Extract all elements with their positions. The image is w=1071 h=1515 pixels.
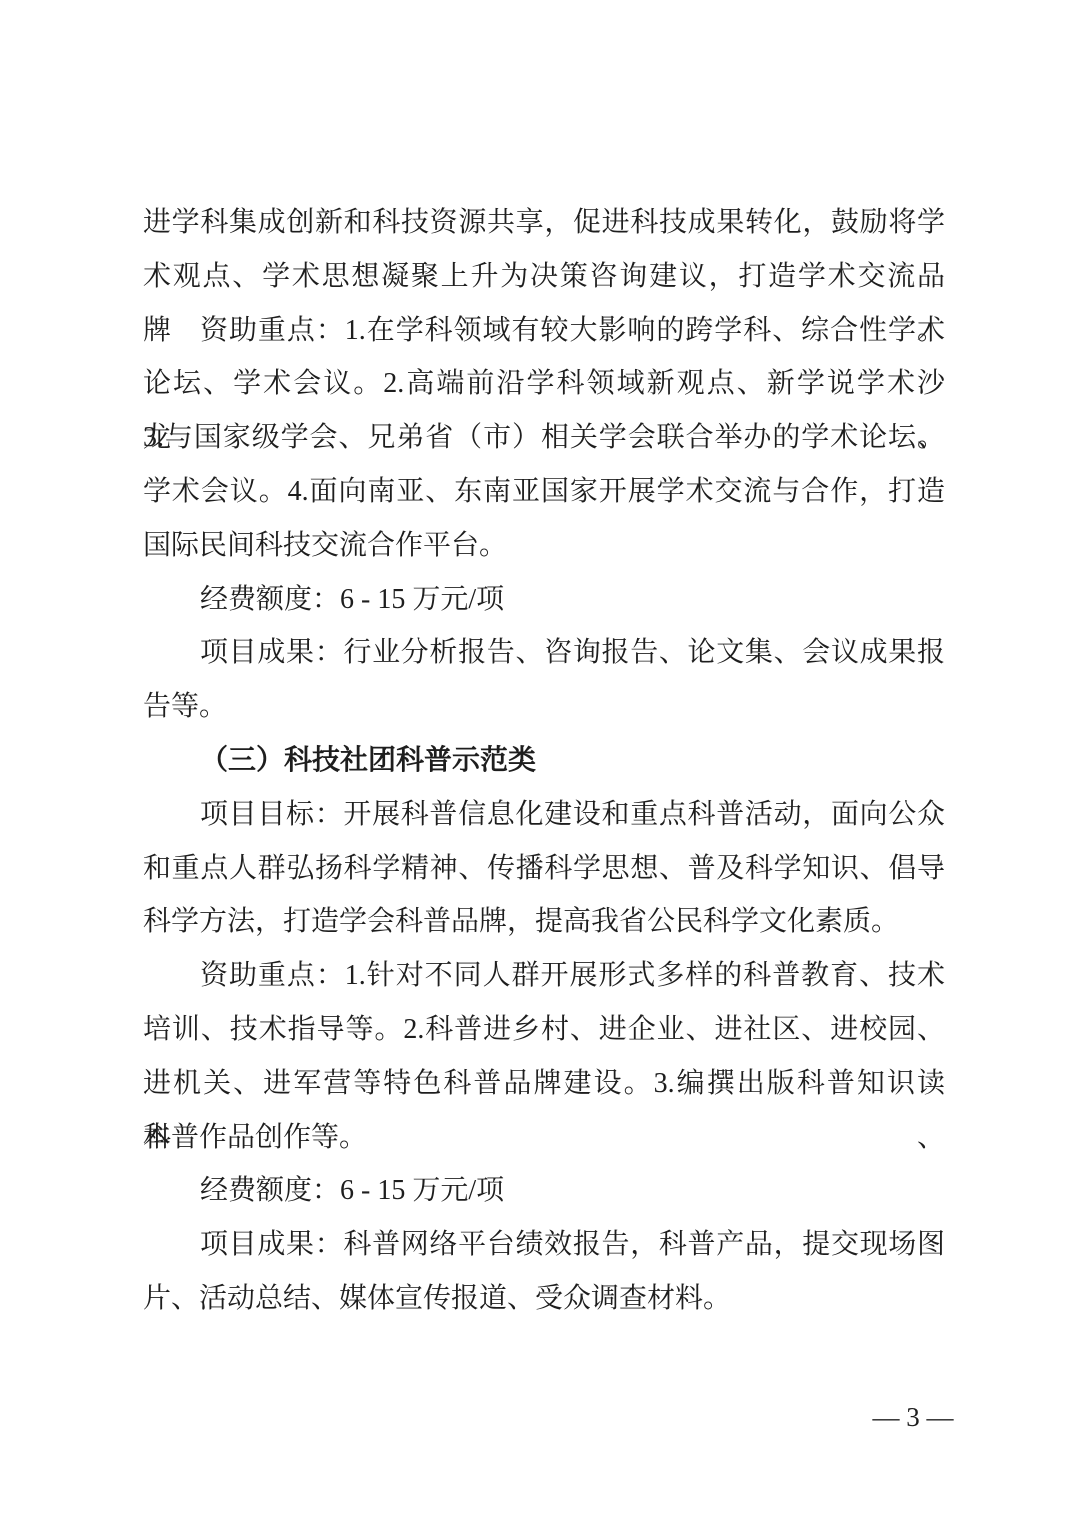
document-line: 论坛、学术会议。2.高端前沿学科领域新观点、新学说学术沙龙。 (143, 357, 945, 411)
document-line: 术观点、学术思想凝聚上升为决策咨询建议，打造学术交流品牌。 (143, 250, 945, 304)
document-body: 进学科集成创新和科技资源共享，促进科技成果转化，鼓励将学术观点、学术思想凝聚上升… (143, 196, 945, 1326)
document-line: 经费额度：6 - 15 万元/项 (143, 1164, 945, 1218)
document-line: 科学方法，打造学会科普品牌，提高我省公民科学文化素质。 (143, 895, 945, 949)
document-line: 经费额度：6 - 15 万元/项 (143, 573, 945, 627)
document-line: 告等。 (143, 680, 945, 734)
section-heading: （三）科技社团科普示范类 (143, 734, 945, 788)
document-line: 项目目标：开展科普信息化建设和重点科普活动，面向公众 (143, 788, 945, 842)
document-line: 片、活动总结、媒体宣传报道、受众调查材料。 (143, 1272, 945, 1326)
document-line: 进机关、进军营等特色科普品牌建设。3.编撰出版科普知识读本、 (143, 1057, 945, 1111)
document-line: 3.与国家级学会、兄弟省（市）相关学会联合举办的学术论坛、 (143, 411, 945, 465)
document-line: 进学科集成创新和科技资源共享，促进科技成果转化，鼓励将学 (143, 196, 945, 250)
document-line: 和重点人群弘扬科学精神、传播科学思想、普及科学知识、倡导 (143, 842, 945, 896)
document-line: 项目成果：行业分析报告、咨询报告、论文集、会议成果报 (143, 626, 945, 680)
document-line: 项目成果：科普网络平台绩效报告，科普产品，提交现场图 (143, 1218, 945, 1272)
document-line: 资助重点：1.针对不同人群开展形式多样的科普教育、技术 (143, 949, 945, 1003)
document-line: 培训、技术指导等。2.科普进乡村、进企业、进社区、进校园、 (143, 1003, 945, 1057)
document-line: 资助重点：1.在学科领域有较大影响的跨学科、综合性学术 (143, 304, 945, 358)
document-page: 进学科集成创新和科技资源共享，促进科技成果转化，鼓励将学术观点、学术思想凝聚上升… (0, 0, 1071, 1515)
page-number: — 3 — (848, 1400, 978, 1434)
document-line: 学术会议。4.面向南亚、东南亚国家开展学术交流与合作，打造 (143, 465, 945, 519)
document-line: 国际民间科技交流合作平台。 (143, 519, 945, 573)
